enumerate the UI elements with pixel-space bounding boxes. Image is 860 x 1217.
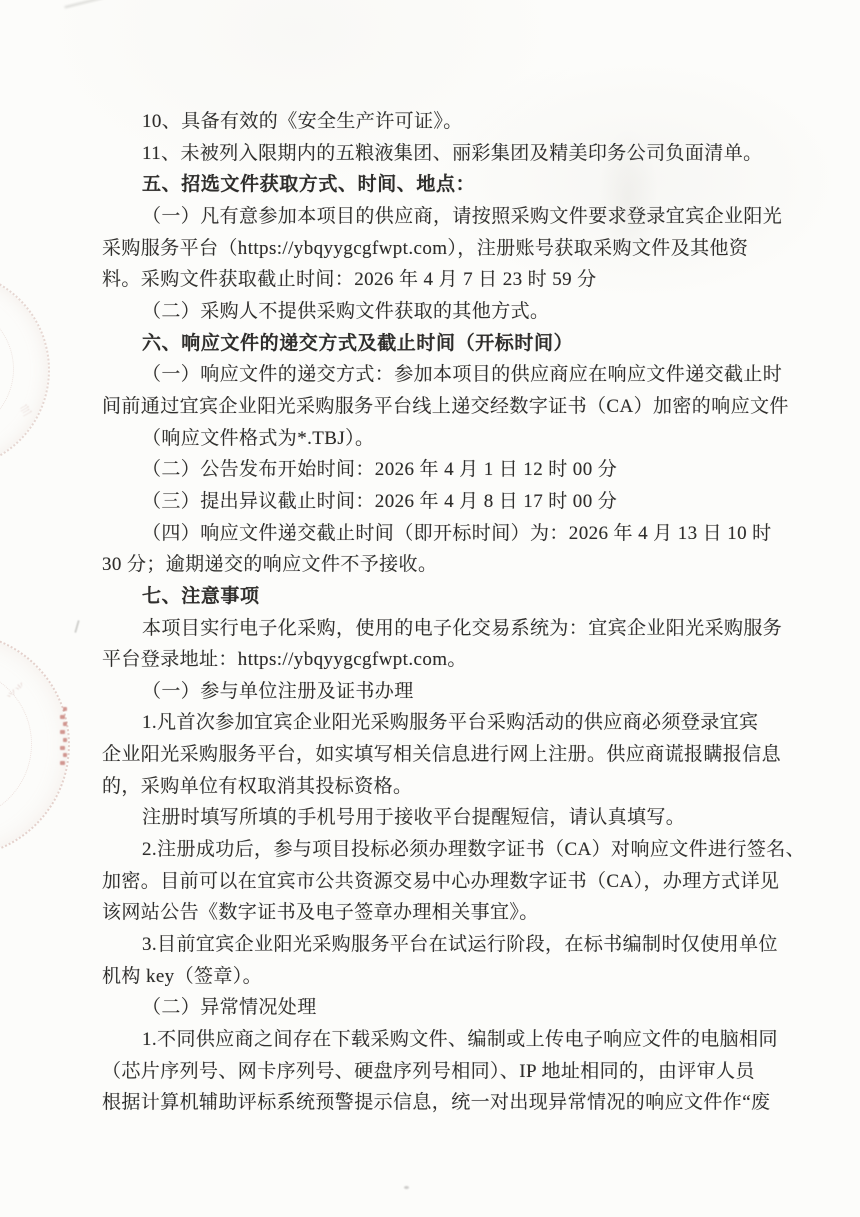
text-line-29: （二）异常情况处理 <box>102 992 797 1024</box>
partial-seal-top-outer-ring <box>0 270 50 470</box>
red-dash-mark <box>63 707 67 711</box>
text-line-23: 注册时填写所填的手机号用于接收平台提醒短信，请认真填写。 <box>102 802 797 834</box>
text-line-5: 采购服务平台（https://ybqyygcgfwpt.com），注册账号获取采… <box>102 233 797 265</box>
text-line-13: （三）提出异议截止时间：2026 年 4 月 8 日 17 时 00 分 <box>102 486 797 518</box>
document-body: 10、具备有效的《安全生产许可证》。11、未被列入限期内的五粮液集团、丽彩集团及… <box>102 106 797 1119</box>
seal-bottom-faint-glyph: ⺍⺌ <box>3 679 30 706</box>
seal-top-faint-glyph: 亖 <box>17 400 35 419</box>
text-line-6: 料。采购文件获取截止时间：2026 年 4 月 7 日 23 时 59 分 <box>102 264 797 296</box>
text-line-24: 2.注册成功后，参与项目投标必须办理数字证书（CA）对响应文件进行签名、 <box>102 834 797 866</box>
text-line-2: 11、未被列入限期内的五粮液集团、丽彩集团及精美印务公司负面清单。 <box>102 138 797 170</box>
text-line-15: 30 分；逾期递交的响应文件不予接收。 <box>102 549 797 581</box>
text-line-11: （响应文件格式为*.TBJ）。 <box>102 423 797 455</box>
text-line-17: 本项目实行电子化采购，使用的电子化交易系统为：宜宾企业阳光采购服务 <box>102 613 797 645</box>
text-line-19: （一）参与单位注册及证书办理 <box>102 676 797 708</box>
text-line-9: （一）响应文件的递交方式：参加本项目的供应商应在响应文件递交截止时 <box>102 359 797 391</box>
red-dash-mark <box>60 715 65 719</box>
red-dash-mark <box>63 753 67 757</box>
text-line-10: 间前通过宜宾企业阳光采购服务平台线上递交经数字证书（CA）加密的响应文件 <box>102 391 797 423</box>
text-line-18: 平台登录地址：https://ybqyygcgfwpt.com。 <box>102 644 797 676</box>
partial-seal-bottom-inner-ring <box>0 667 32 821</box>
red-dash-mark <box>60 761 65 765</box>
red-dash-mark <box>60 746 65 750</box>
text-line-28: 机构 key（签章）。 <box>102 961 797 993</box>
text-line-20: 1.凡首次参加宜宾企业阳光采购服务平台采购活动的供应商必须登录宜宾 <box>102 707 797 739</box>
red-dash-mark <box>63 738 67 742</box>
partial-seal-top-inner-ring <box>0 303 14 435</box>
text-line-22: 的，采购单位有权取消其投标资格。 <box>102 771 797 803</box>
scan-smudge-top-left <box>65 0 116 8</box>
red-dash-mark <box>63 722 67 726</box>
red-dash-mark <box>60 730 65 734</box>
text-line-16: 七、注意事项 <box>102 581 797 613</box>
text-line-25: 加密。目前可以在宜宾市公共资源交易中心办理数字证书（CA），办理方式详见 <box>102 866 797 898</box>
text-line-12: （二）公告发布开始时间：2026 年 4 月 1 日 12 时 00 分 <box>102 454 797 486</box>
text-line-31: （芯片序列号、网卡序列号、硬盘序列号相同）、IP 地址相同的，由评审人员 <box>102 1056 797 1088</box>
text-line-30: 1.不同供应商之间存在下载采购文件、编制或上传电子响应文件的电脑相同 <box>102 1024 797 1056</box>
text-line-26: 该网站公告《数字证书及电子签章办理相关事宜》。 <box>102 897 797 929</box>
text-line-3: 五、招选文件获取方式、时间、地点： <box>102 169 797 201</box>
text-line-1: 10、具备有效的《安全生产许可证》。 <box>102 106 797 138</box>
text-line-27: 3.目前宜宾企业阳光采购服务平台在试运行阶段，在标书编制时仅使用单位 <box>102 929 797 961</box>
text-line-21: 企业阳光采购服务平台，如实填写相关信息进行网上注册。供应商谎报瞒报信息 <box>102 739 797 771</box>
text-line-4: （一）凡有意参加本项目的供应商，请按照采购文件要求登录宜宾企业阳光 <box>102 201 797 233</box>
document-page: 亖 ⺍⺌ 10、具备有效的《安全生产许可证》。11、未被列入限期内的五粮液集团、… <box>0 0 860 1217</box>
scan-smudge-left-margin <box>74 620 80 633</box>
seal-bottom-red-marks <box>60 707 70 765</box>
text-line-8: 六、响应文件的递交方式及截止时间（开标时间） <box>102 328 797 360</box>
scan-smudge-bottom <box>404 1186 409 1189</box>
text-line-7: （二）采购人不提供采购文件获取的其他方式。 <box>102 296 797 328</box>
partial-seal-bottom-outer-ring <box>0 632 70 858</box>
text-line-32: 根据计算机辅助评标系统预警提示信息，统一对出现异常情况的响应文件作“废 <box>102 1087 797 1119</box>
text-line-14: （四）响应文件递交截止时间（即开标时间）为：2026 年 4 月 13 日 10… <box>102 518 797 550</box>
